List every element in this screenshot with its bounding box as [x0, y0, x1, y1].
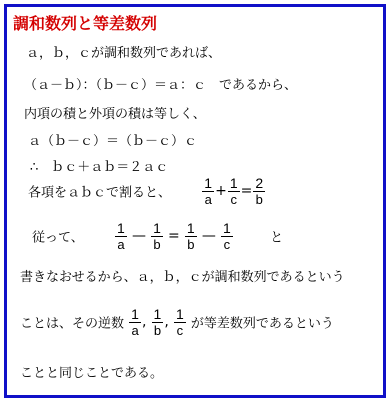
text-line-8: 書きなおせるから、ａ，ｂ，ｃが調和数列であるという [20, 266, 345, 285]
line-7-tail: と [270, 231, 283, 246]
line-7-text: 従って、 [32, 231, 84, 246]
fraction: 1b [151, 220, 163, 252]
fraction: 1b [185, 220, 197, 252]
fraction: 2b [253, 175, 265, 207]
fraction: 1b [152, 306, 164, 338]
page-title: 調和数列と等差数列 [13, 11, 157, 34]
text-line-1: ａ，ｂ，ｃが調和数列であれば、 [26, 42, 221, 61]
fraction: 1c [174, 306, 186, 338]
line-9-post: が等差数列であるという [191, 317, 334, 332]
text-line-2: （ａ－ｂ）：（ｂ－ｃ）＝ａ：ｃ であるから、 [24, 74, 297, 93]
line-6-text: 各項をａｂｃで割ると、 [28, 186, 171, 201]
line-9-pre: ことは、その逆数 [20, 317, 124, 332]
text-line-3: 内項の積と外項の積は等しく、 [24, 103, 206, 122]
text-line-10: ことと同じことである。 [20, 362, 163, 381]
equation-line-4: ａ（ｂ－ｃ）＝（ｂ－ｃ）ｃ [28, 130, 197, 149]
fraction: 1a [202, 175, 214, 207]
fraction: 1a [115, 220, 127, 252]
line-9: ことは、その逆数 1a, 1b, 1c が等差数列であるという [20, 306, 334, 338]
fraction: 1c [221, 220, 233, 252]
equation-line-5: ∴ ｂｃ＋ａｂ＝２ａｃ [30, 156, 168, 175]
fraction: 1c [228, 175, 240, 207]
line-6: 各項をａｂｃで割ると、 1a+1c=2b [28, 175, 266, 207]
fraction: 1a [129, 306, 141, 338]
line-7: 従って、 1a — 1b = 1b — 1c と [32, 220, 283, 252]
